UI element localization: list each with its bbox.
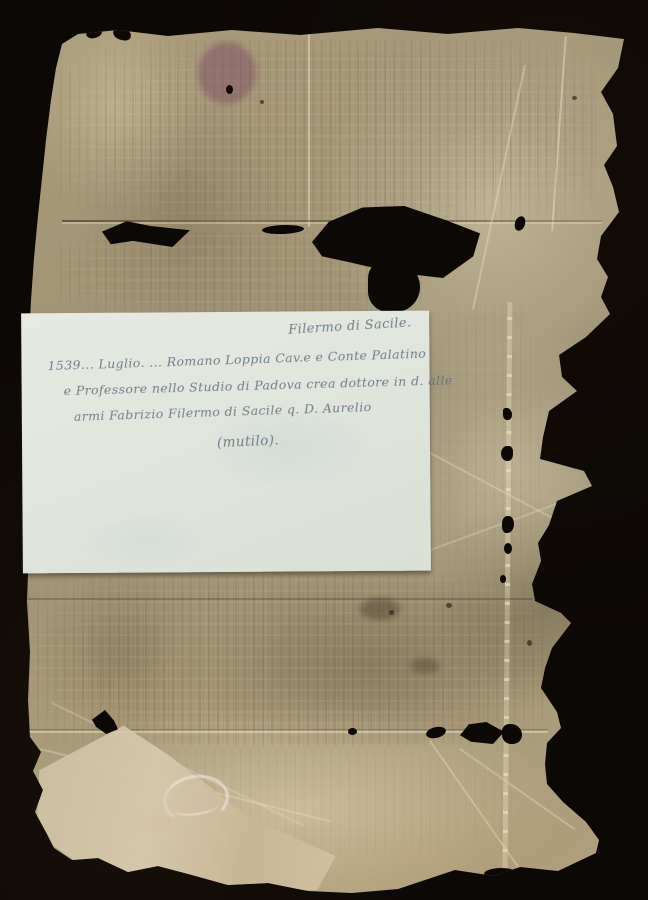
- faded-text-columns: [60, 40, 600, 225]
- photo-background: Filermo di Sacile. 1539... Luglio. ... R…: [0, 0, 648, 900]
- worm-hole: [500, 575, 506, 583]
- faded-text-columns: [430, 300, 540, 590]
- worm-hole: [348, 728, 357, 735]
- worm-hole: [226, 85, 233, 94]
- stain: [410, 658, 440, 674]
- tear-hole: [484, 868, 518, 880]
- seal-imprint: [160, 771, 232, 828]
- speck: [389, 610, 394, 615]
- worm-hole: [502, 724, 522, 744]
- tear-hole: [368, 260, 420, 312]
- note-card: Filermo di Sacile. 1539... Luglio. ... R…: [21, 311, 431, 574]
- speck: [446, 603, 452, 608]
- speck: [260, 100, 264, 104]
- card-line-2: e Professore nello Studio di Padova crea…: [63, 372, 452, 398]
- speck: [527, 640, 532, 646]
- card-line-1: 1539... Luglio. ... Romano Loppia Cav.e …: [47, 346, 426, 374]
- stain: [360, 598, 400, 620]
- speck: [572, 96, 577, 100]
- worm-hole: [503, 408, 512, 420]
- worm-hole: [504, 543, 512, 554]
- card-heading: Filermo di Sacile.: [287, 315, 411, 337]
- worm-hole: [85, 25, 103, 40]
- fold-crease: [28, 598, 533, 600]
- card-note: (mutilo).: [217, 433, 280, 452]
- ink-stain: [198, 42, 256, 104]
- fold-crease: [308, 32, 310, 227]
- card-line-3: armi Fabrizio Filermo di Sacile q. D. Au…: [74, 399, 372, 424]
- worm-hole: [501, 446, 513, 461]
